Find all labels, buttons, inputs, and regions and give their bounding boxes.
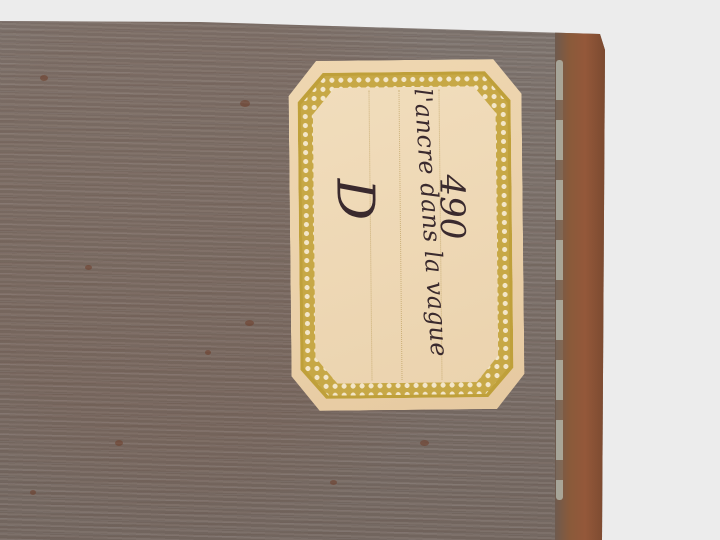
stain-spot — [245, 320, 254, 326]
paper-label: l'ancre dans la vague 490 D — [288, 59, 525, 411]
stain-spot — [85, 265, 92, 270]
stain-spot — [30, 490, 36, 495]
stain-spot — [240, 100, 250, 107]
label-number-handwriting: 490 — [431, 174, 472, 239]
stain-spot — [115, 440, 123, 446]
label-gold-border — [297, 71, 513, 399]
label-dotted-border — [300, 74, 510, 396]
stain-spot — [40, 75, 48, 81]
stain-spot — [330, 480, 337, 485]
label-letter-handwriting: D — [324, 178, 384, 220]
stain-spot — [205, 350, 211, 355]
paint-residue-line — [556, 60, 563, 500]
stain-spot — [420, 440, 429, 446]
